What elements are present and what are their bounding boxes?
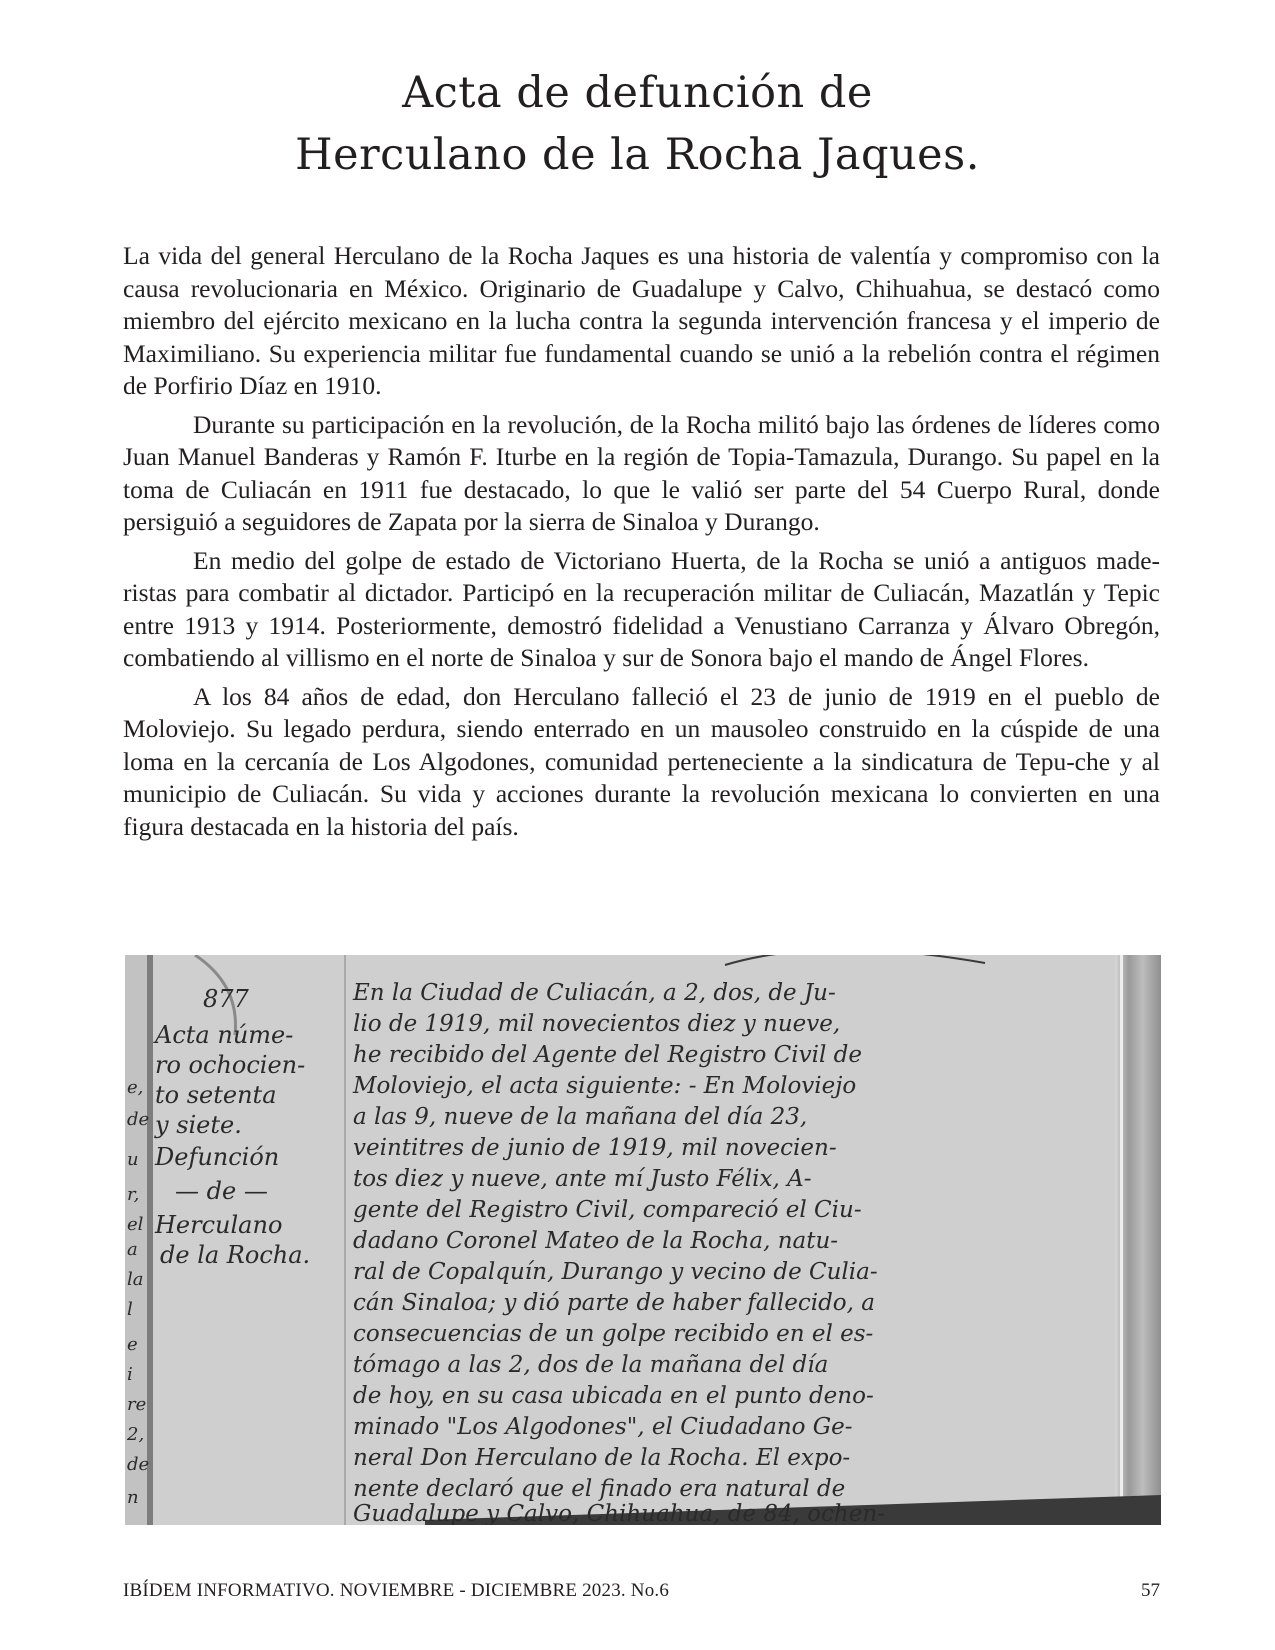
document-line: tos diez y nueve, ante mí Justo Félix, A… bbox=[353, 1166, 812, 1192]
document-line: lio de 1919, mil novecientos diez y nuev… bbox=[353, 1011, 840, 1037]
margin-line: — de — bbox=[175, 1177, 268, 1205]
margin-line: ro ochocien- bbox=[155, 1051, 305, 1079]
page-number: 57 bbox=[1120, 1580, 1160, 1602]
paragraph-4: A los 84 años de edad, don Herculano fal… bbox=[123, 681, 1160, 844]
edge-fragment: el bbox=[127, 1214, 144, 1235]
document-line: En la Ciudad de Culiacán, a 2, dos, de J… bbox=[352, 980, 836, 1006]
margin-line: to setenta bbox=[155, 1081, 277, 1109]
document-line: veintitres de junio de 1919, mil novecie… bbox=[353, 1135, 837, 1161]
margin-line: y siete. bbox=[154, 1111, 242, 1139]
document-line: neral Don Herculano de la Rocha. El expo… bbox=[353, 1445, 850, 1471]
edge-fragment: u bbox=[127, 1149, 139, 1170]
page-title-line-1: Acta de defunción de bbox=[0, 62, 1275, 124]
edge-fragment: de bbox=[127, 1454, 149, 1475]
edge-fragment: e, bbox=[127, 1077, 143, 1098]
paragraph-3: En medio del golpe de estado de Victoria… bbox=[123, 545, 1160, 675]
margin-line: Defunción bbox=[154, 1143, 279, 1171]
document-line: minado "Los Algodones", el Ciudadano Ge- bbox=[353, 1414, 853, 1440]
document-line: consecuencias de un golpe recibido en el… bbox=[353, 1321, 873, 1347]
document-line: he recibido del Agente del Registro Civi… bbox=[353, 1042, 862, 1068]
document-line: dadano Coronel Mateo de la Rocha, natu- bbox=[353, 1228, 838, 1254]
footer-journal-info: IBÍDEM INFORMATIVO. NOVIEMBRE - DICIEMBR… bbox=[123, 1580, 669, 1602]
document-line: a las 9, nueve de la mañana del día 23, bbox=[353, 1104, 807, 1130]
article-body: La vida del general Herculano de la Roch… bbox=[123, 240, 1160, 849]
edge-fragment: 2, bbox=[126, 1424, 144, 1445]
margin-line: de la Rocha. bbox=[160, 1241, 310, 1269]
edge-fragment: l bbox=[127, 1299, 133, 1320]
edge-fragment: r, bbox=[127, 1184, 139, 1205]
death-certificate-photo: 877 Acta núme- ro ochocien- to setenta y… bbox=[125, 955, 1161, 1525]
document-line: gente del Registro Civil, compareció el … bbox=[353, 1197, 862, 1223]
edge-fragment: e bbox=[127, 1334, 138, 1355]
record-number: 877 bbox=[203, 985, 250, 1013]
edge-fragment: la bbox=[127, 1269, 144, 1290]
paragraph-2: Durante su participación en la revolució… bbox=[123, 409, 1160, 539]
page-title: Acta de defunción de Herculano de la Roc… bbox=[0, 62, 1275, 186]
document-line: de hoy, en su casa ubicada en el punto d… bbox=[353, 1383, 874, 1409]
edge-fragment: re bbox=[127, 1394, 146, 1415]
edge-fragment: a bbox=[127, 1239, 138, 1260]
page-title-line-2: Herculano de la Rocha Jaques. bbox=[0, 124, 1275, 186]
margin-line: Acta núme- bbox=[153, 1021, 293, 1049]
margin-line: Herculano bbox=[154, 1211, 282, 1239]
edge-fragment: de bbox=[127, 1109, 149, 1130]
document-line: Moloviejo, el acta siguiente: - En Molov… bbox=[352, 1073, 856, 1099]
edge-fragment: i bbox=[127, 1364, 133, 1385]
document-line: cán Sinaloa; y dió parte de haber fallec… bbox=[353, 1290, 875, 1316]
document-line: Guadalupe y Calvo, Chihuahua, de 84, och… bbox=[353, 1501, 885, 1525]
paragraph-1: La vida del general Herculano de la Roch… bbox=[123, 240, 1160, 403]
document-line: ral de Copalquín, Durango y vecino de Cu… bbox=[353, 1259, 878, 1285]
edge-fragment: n bbox=[127, 1487, 139, 1508]
handwritten-document-image: 877 Acta núme- ro ochocien- to setenta y… bbox=[125, 955, 1161, 1525]
document-line: tómago a las 2, dos de la mañana del día bbox=[353, 1352, 828, 1378]
document-line: nente declaró que el finado era natural … bbox=[353, 1476, 845, 1502]
